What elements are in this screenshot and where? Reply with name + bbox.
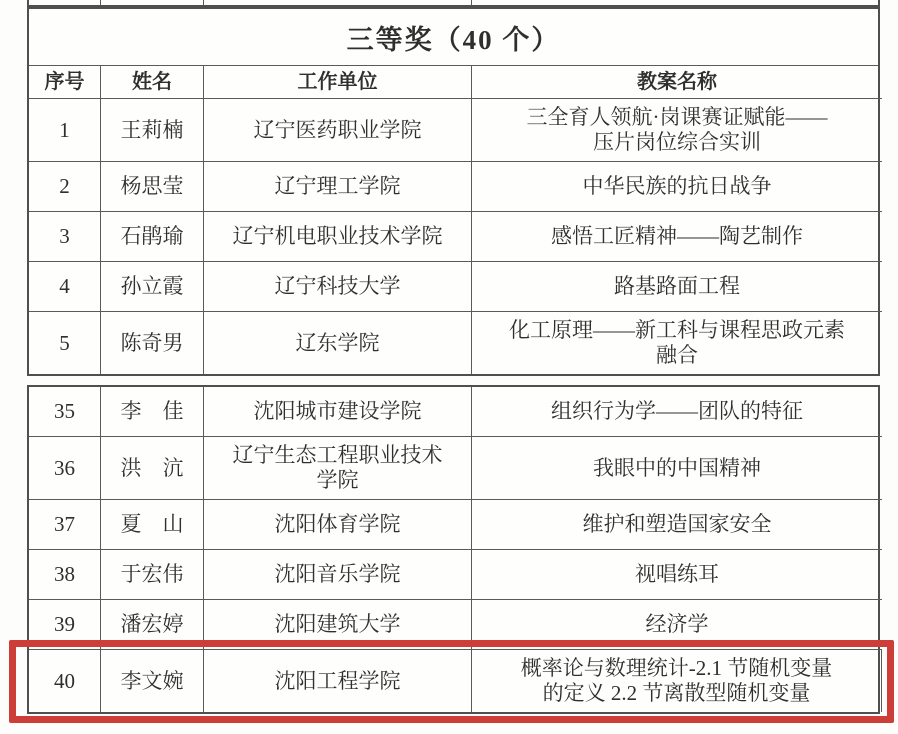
cell-lesson: 维护和塑造国家安全 — [472, 500, 882, 550]
fragment-cell — [29, 0, 101, 5]
cell-name: 孙立霞 — [101, 262, 204, 312]
cell-lesson: 视唱练耳 — [472, 550, 882, 600]
table-row: 2杨思莹辽宁理工学院中华民族的抗日战争 — [29, 162, 878, 212]
cell-name: 洪 沆 — [101, 437, 204, 500]
cell-lesson: 化工原理——新工科与课程思政元素 融合 — [472, 312, 882, 374]
cell-name: 杨思莹 — [101, 162, 204, 212]
cell-index: 40 — [29, 650, 101, 712]
table-row: 38于宏伟沈阳音乐学院视唱练耳 — [29, 550, 878, 600]
third-prize-table-upper: 三等奖（40 个） 序号 姓名 工作单位 教案名称 1王莉楠辽宁医药职业学院三全… — [27, 7, 880, 376]
table-row: 35李 佳沈阳城市建设学院组织行为学——团队的特征 — [29, 387, 878, 437]
fragment-cell — [101, 0, 204, 5]
cell-lesson: 组织行为学——团队的特征 — [472, 387, 882, 437]
cell-lesson: 路基路面工程 — [472, 262, 882, 312]
cell-index: 37 — [29, 500, 101, 550]
cell-name: 潘宏婷 — [101, 600, 204, 650]
third-prize-table-lower: 35李 佳沈阳城市建设学院组织行为学——团队的特征36洪 沆辽宁生态工程职业技术… — [27, 385, 880, 714]
cell-name: 石鹃瑜 — [101, 212, 204, 262]
cell-unit: 辽东学院 — [204, 312, 472, 374]
table-row: 36洪 沆辽宁生态工程职业技术 学院我眼中的中国精神 — [29, 437, 878, 500]
cell-index: 1 — [29, 99, 101, 162]
cell-index: 35 — [29, 387, 101, 437]
table-header-row: 序号 姓名 工作单位 教案名称 — [29, 66, 878, 99]
cell-name: 李文婉 — [101, 650, 204, 712]
cell-name: 夏 山 — [101, 500, 204, 550]
cell-unit: 沈阳体育学院 — [204, 500, 472, 550]
cell-index: 39 — [29, 600, 101, 650]
header-lesson: 教案名称 — [472, 66, 882, 99]
cell-name: 李 佳 — [101, 387, 204, 437]
cell-unit: 沈阳建筑大学 — [204, 600, 472, 650]
table-row: 1王莉楠辽宁医药职业学院三全育人领航·岗课赛证赋能—— 压片岗位综合实训 — [29, 99, 878, 162]
cell-unit: 沈阳城市建设学院 — [204, 387, 472, 437]
rows-upper-section: 1王莉楠辽宁医药职业学院三全育人领航·岗课赛证赋能—— 压片岗位综合实训2杨思莹… — [29, 99, 878, 374]
cell-lesson: 感悟工匠精神——陶艺制作 — [472, 212, 882, 262]
cell-unit: 辽宁理工学院 — [204, 162, 472, 212]
cell-unit: 辽宁生态工程职业技术 学院 — [204, 437, 472, 500]
cell-unit: 辽宁科技大学 — [204, 262, 472, 312]
cell-index: 3 — [29, 212, 101, 262]
table-row: 39潘宏婷沈阳建筑大学经济学 — [29, 600, 878, 650]
table-row: 5陈奇男辽东学院化工原理——新工科与课程思政元素 融合 — [29, 312, 878, 374]
rows-lower-section: 35李 佳沈阳城市建设学院组织行为学——团队的特征36洪 沆辽宁生态工程职业技术… — [29, 387, 878, 712]
table-row: 37夏 山沈阳体育学院维护和塑造国家安全 — [29, 500, 878, 550]
scanned-award-document: 三等奖（40 个） 序号 姓名 工作单位 教案名称 1王莉楠辽宁医药职业学院三全… — [0, 0, 898, 734]
cell-lesson: 经济学 — [472, 600, 882, 650]
table-row: 3石鹃瑜辽宁机电职业技术学院感悟工匠精神——陶艺制作 — [29, 212, 878, 262]
cell-lesson: 中华民族的抗日战争 — [472, 162, 882, 212]
cell-unit: 沈阳工程学院 — [204, 650, 472, 712]
cell-unit: 沈阳音乐学院 — [204, 550, 472, 600]
cell-index: 4 — [29, 262, 101, 312]
cell-index: 36 — [29, 437, 101, 500]
cell-index: 5 — [29, 312, 101, 374]
cell-lesson: 概率论与数理统计-2.1 节随机变量 的定义 2.2 节离散型随机变量 — [472, 650, 882, 712]
fragment-cell — [472, 0, 882, 5]
cell-name: 陈奇男 — [101, 312, 204, 374]
cell-name: 王莉楠 — [101, 99, 204, 162]
cell-index: 2 — [29, 162, 101, 212]
cell-unit: 辽宁医药职业学院 — [204, 99, 472, 162]
table-row: 4孙立霞辽宁科技大学路基路面工程 — [29, 262, 878, 312]
fragment-cell — [204, 0, 472, 5]
section-gap — [0, 376, 898, 385]
cell-index: 38 — [29, 550, 101, 600]
cell-unit: 辽宁机电职业技术学院 — [204, 212, 472, 262]
cell-lesson: 三全育人领航·岗课赛证赋能—— 压片岗位综合实训 — [472, 99, 882, 162]
header-name: 姓名 — [101, 66, 204, 99]
previous-table-fragment — [27, 0, 880, 7]
cell-name: 于宏伟 — [101, 550, 204, 600]
header-index: 序号 — [29, 66, 101, 99]
cell-lesson: 我眼中的中国精神 — [472, 437, 882, 500]
table-title: 三等奖（40 个） — [29, 9, 878, 66]
header-unit: 工作单位 — [204, 66, 472, 99]
table-row: 40李文婉沈阳工程学院概率论与数理统计-2.1 节随机变量 的定义 2.2 节离… — [29, 650, 878, 712]
